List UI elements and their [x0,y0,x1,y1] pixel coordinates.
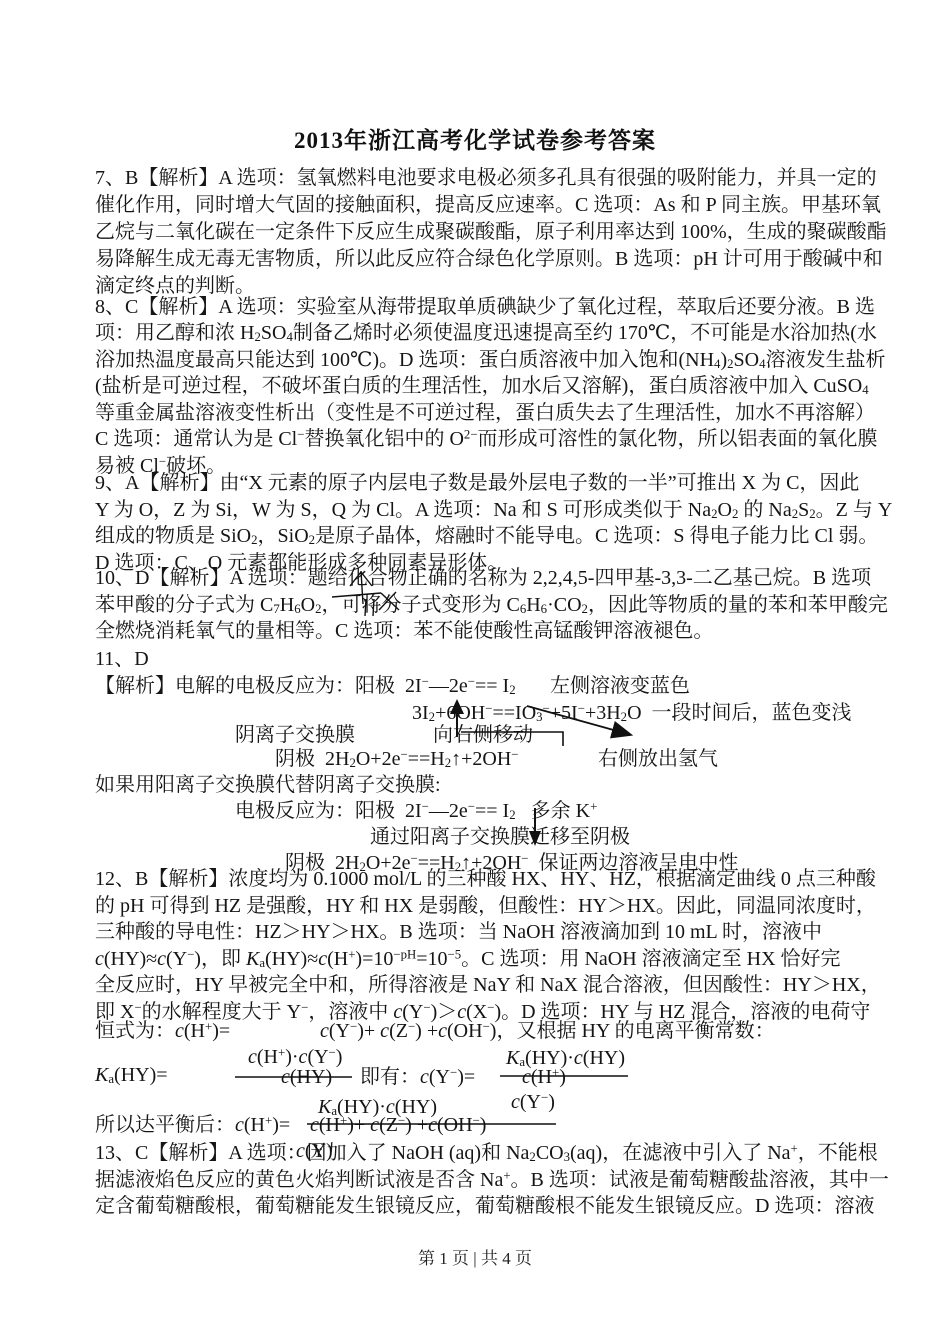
page-title: 2013年浙江高考化学试卷参考答案 [0,122,950,155]
equation-mid: 即有：c(Y−)= [360,1064,475,1090]
document-page: 2013年浙江高考化学试卷参考答案 7、B【解析】A 选项：氢氧燃料电池要求电极… [0,0,950,1344]
text-line: 9、A【解析】由“X 元素的原子内层电子数是最外层电子数的一半”可推出 X 为 … [95,470,859,496]
text-line: 易降解生成无毒无害物质，所以此反应符合绿色化学原则。B 选项：pH 计可用于酸碱… [95,246,883,272]
text-line: 12、B【解析】浓度均为 0.1000 mol/L 的三种酸 HX、HY、HZ，… [95,866,876,892]
text-line: 8、C【解析】A 选项：实验室从海带提取单质碘缺少了氧化过程，萃取后还要分液。B… [95,294,875,320]
equation-lhs: 所以达平衡后：c(H+)= [95,1112,290,1138]
text-line: 全反应时，HY 早被完全中和，所得溶液是 NaY 和 NaX 混合溶液，但因酸性… [95,972,881,998]
equation-lhs: Ka(HY)= [95,1062,168,1088]
annotation-text: 阴离子交换膜 [235,722,355,748]
annotation-text: 通过阳离子交换膜迁移至阴极 [370,824,630,850]
text-line: 催化作用，同时增大气固的接触面积，提高反应速率。C 选项：As 和 P 同主族。… [95,192,881,218]
annotation-text: 右侧放出氢气 [598,746,718,772]
text-line: 13、C【解析】A 选项：因加入了 NaOH (aq)和 Na2CO3(aq)，… [95,1140,878,1166]
text-line: 10、D【解析】A 选项：题给化合物正确的名称为 2,2,4,5-四甲基-3,3… [95,565,871,591]
fraction-denominator: c(HY) [281,1064,332,1090]
annotation-text: 向右侧移动 [433,722,533,748]
equation-line: 阴极 2H2O+2e−==H2↑+2OH− [275,746,519,772]
equation-line: 【解析】电解的电极反应为：阳极 2I−—2e−== I2 [95,673,516,699]
page-footer: 第 1 页 | 共 4 页 [0,1244,950,1269]
text-line: c(HY)≈c(Y−)，即 Ka(HY)≈c(H+)=10−pH=10−5。C … [95,946,841,972]
fraction-denominator: c(H+)+ c(Z−) +c(OH−) [310,1112,486,1138]
text-line: 的 pH 可得到 HZ 是强酸，HY 和 HX 是弱酸，但酸性：HY＞HX。因此… [95,893,876,919]
fraction-denominator: c(H+) [522,1064,566,1090]
text-line: 三种酸的导电性：HZ＞HY＞HX。B 选项：当 NaOH 溶液滴加到 10 mL… [95,919,822,945]
text-line: 项：用乙醇和浓 H2SO4制备乙烯时必须使温度迅速提高至约 170℃，不可能是水… [95,320,877,346]
text-line: 定含葡萄糖酸根，葡萄糖能发生银镜反应，葡萄糖酸根不能发生银镜反应。D 选项：溶液 [95,1193,874,1219]
equation-line: 恒式为：c(H+)= [95,1018,230,1044]
equation-line: c(Y−)+ c(Z−) +c(OH−)，又根据 HY 的电离平衡常数： [320,1018,775,1044]
answer-line: 11、D [95,646,149,672]
text-line: 全燃烧消耗氧气的量相等。C 选项：苯不能使酸性高锰酸钾溶液褪色。 [95,618,713,644]
annotation-text: 左侧溶液变蓝色 [550,673,690,699]
text-line: 7、B【解析】A 选项：氢氧燃料电池要求电极必须多孔具有很强的吸附能力，并具一定… [95,165,877,191]
text-line: 苯甲酸的分子式为 C7H6O2，可将分子式变形为 C6H6·CO2，因此等物质的… [95,592,888,618]
fraction-extra-term: c(Y−) [511,1089,555,1115]
text-line: 据滤液焰色反应的黄色火焰判断试液是否含 Na+。B 选项：试液是葡萄糖酸盐溶液，… [95,1167,889,1193]
text-line: 浴加热温度最高只能达到 100℃)。D 选项：蛋白质溶液中加入饱和(NH4)2S… [95,347,886,373]
text-line: 组成的物质是 SiO2，SiO2是原子晶体，熔融时不能导电。C 选项：S 得电子… [95,523,878,549]
text-line: 如果用阳离子交换膜代替阴离子交换膜: [95,772,441,798]
text-line: C 选项：通常认为是 Cl−替换氧化铝中的 O2−而形成可溶性的氯化物，所以铝表… [95,426,878,452]
text-line: 乙烷与二氧化碳在一定条件下反应生成聚碳酸酯，原子利用率达到 100%，生成的聚碳… [95,219,887,245]
text-line: 等重金属盐溶液变性析出（变性是不可逆过程，蛋白质失去了生理活性，加水不再溶解） [95,400,875,426]
text-line: Y 为 O，Z 为 Si，W 为 S，Q 为 Cl。A 选项：Na 和 S 可形… [95,497,892,523]
equation-line: 电极反应为：阳极 2I−—2e−== I2 多余 K+ [235,798,597,824]
text-line: (盐析是可逆过程，不破坏蛋白质的生理活性，加水后又溶解)，蛋白质溶液中加入 Cu… [95,373,869,399]
